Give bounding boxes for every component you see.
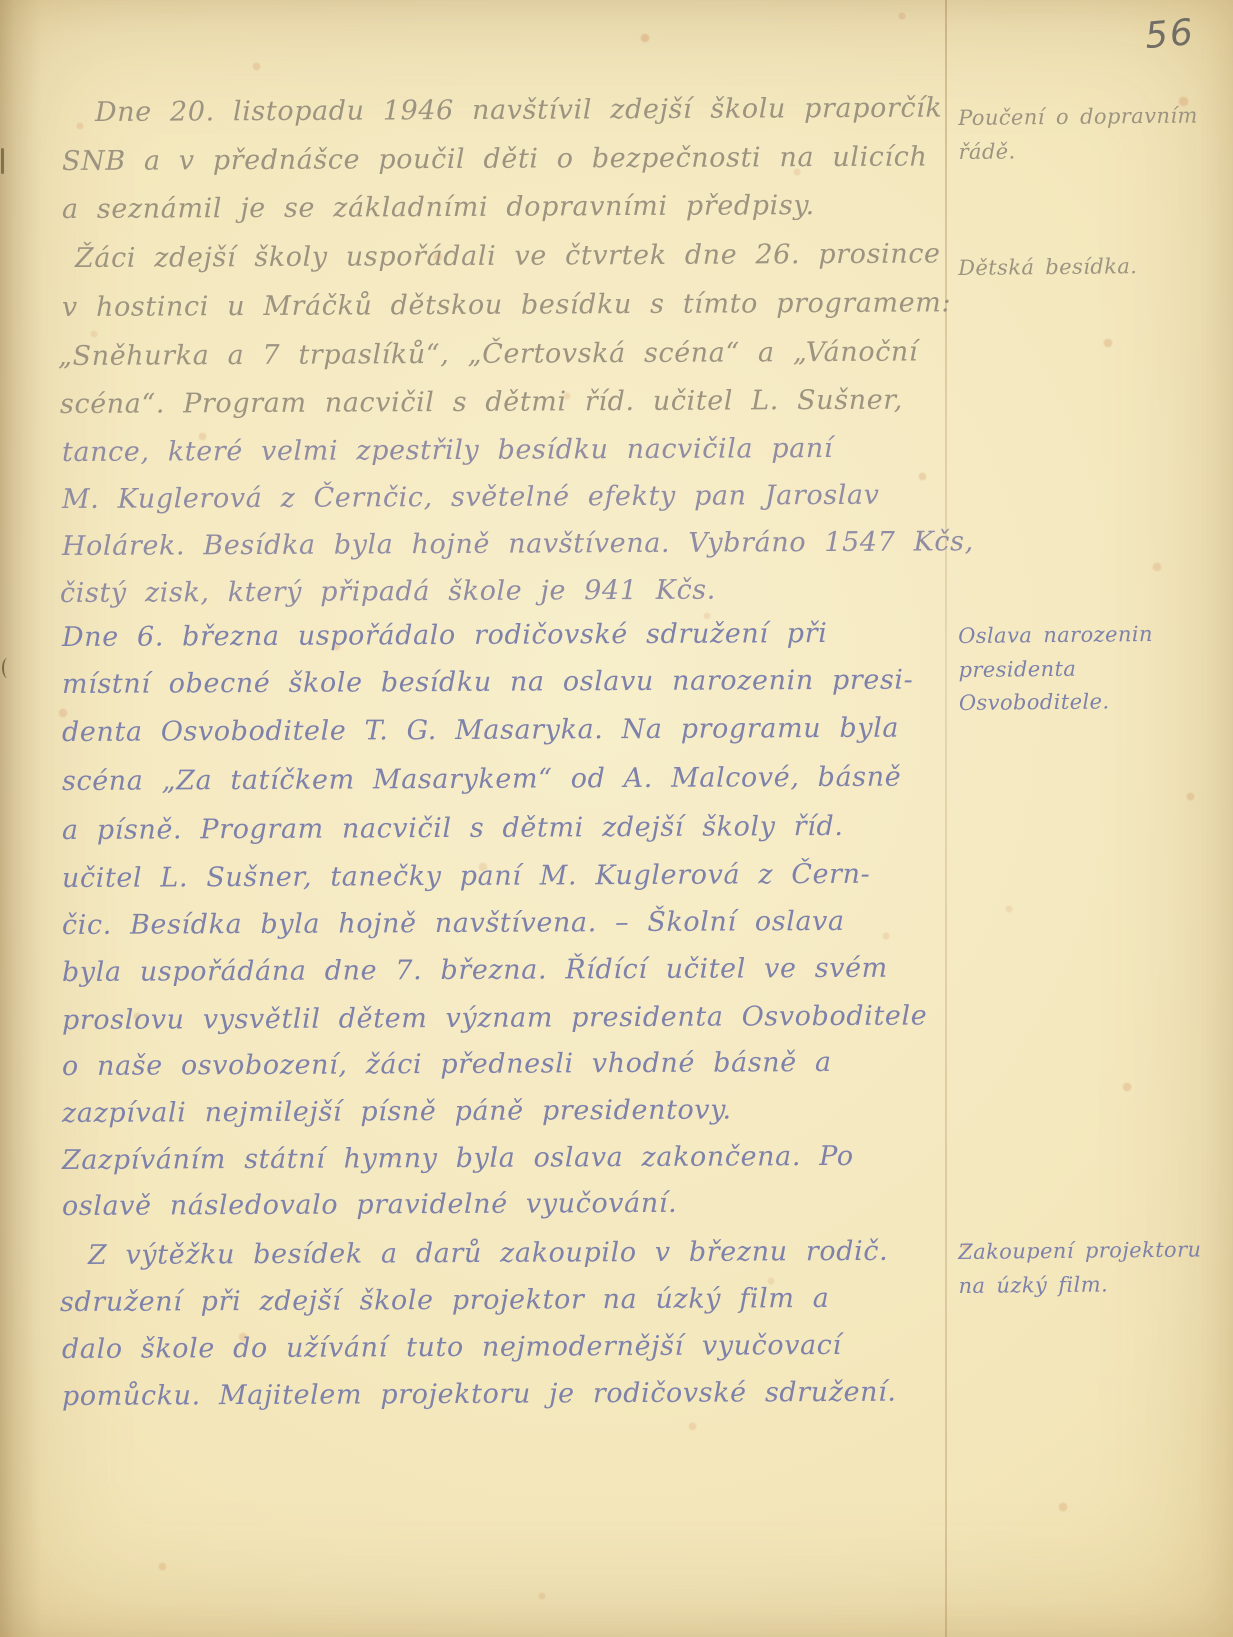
text-line: o naše osvobození, žáci přednesli vhodné… (62, 1047, 832, 1083)
text-line: Dne 20. listopadu 1946 navštívil zdejší … (95, 93, 943, 130)
text-line: čic. Besídka byla hojně navštívena. – Šk… (62, 906, 845, 942)
text-line: dalo škole do užívání tuto nejmodernější… (62, 1330, 842, 1366)
chronicle-page: 56 Poučení o dopravním řádě. Dětská besí… (0, 0, 1233, 1637)
text-line: a písně. Program nacvičil s dětmi zdejší… (62, 811, 844, 847)
text-line: Holárek. Besídka byla hojně navštívena. … (62, 526, 974, 563)
text-line: Z výtěžku besídek a darů zakoupilo v bře… (88, 1236, 888, 1273)
margin-note-children-party: Dětská besídka. (958, 249, 1222, 285)
text-line: Žáci zdejší školy uspořádali ve čtvrtek … (75, 238, 941, 275)
ink-smudge (1, 148, 4, 174)
text-line: zazpívali nejmilejší písně páně presiden… (62, 1094, 732, 1130)
text-line: scéna“. Program nacvičil s dětmi říd. uč… (60, 385, 903, 422)
text-line: místní obecné škole besídku na oslavu na… (62, 665, 914, 702)
margin-rule (945, 0, 947, 1637)
text-line: oslavě následovalo pravidelné vyučování. (62, 1188, 677, 1224)
text-line: „Sněhurka a 7 trpaslíků“, „Čertovská scé… (58, 336, 918, 373)
text-line: Zazpíváním státní hymny byla oslava zako… (62, 1141, 854, 1178)
text-line: tance, které velmi zpestřily besídku nac… (62, 433, 833, 469)
page-number: 56 (1143, 12, 1196, 57)
text-line: byla uspořádána dne 7. března. Řídící uč… (62, 953, 888, 990)
margin-note-traffic-rules: Poučení o dopravním řádě. (958, 99, 1223, 169)
text-line: scéna „Za tatíčkem Masarykem“ od A. Malc… (62, 762, 901, 799)
text-line: SNB a v přednášce poučil děti o bezpečno… (62, 141, 928, 178)
text-line: denta Osvoboditele T. G. Masaryka. Na pr… (62, 713, 899, 750)
ink-smudge (2, 658, 13, 678)
text-line: v hostinci u Mráčků dětskou besídku s tí… (62, 287, 951, 324)
text-line: Dne 6. března uspořádalo rodičovské sdru… (62, 618, 828, 654)
text-line: učitel L. Sušner, tanečky paní M. Kugler… (62, 859, 871, 896)
margin-note-president-birthday: Oslava narozenin presidenta Osvoboditele… (958, 617, 1223, 721)
text-line: pomůcku. Majitelem projektoru je rodičov… (62, 1377, 897, 1414)
text-line: čistý zisk, který připadá škole je 941 K… (60, 575, 716, 611)
text-line: proslovu vysvětlil dětem význam presiden… (62, 1000, 927, 1037)
binding-edge-shadow (0, 0, 42, 1637)
margin-note-projector-purchase: Zakoupení projektoru na úzký film. (958, 1233, 1223, 1303)
text-line: M. Kuglerová z Černčic, světelné efekty … (62, 480, 880, 517)
text-line: sdružení při zdejší škole projektor na ú… (60, 1283, 830, 1319)
text-line: a seznámil je se základními dopravními p… (62, 190, 815, 226)
